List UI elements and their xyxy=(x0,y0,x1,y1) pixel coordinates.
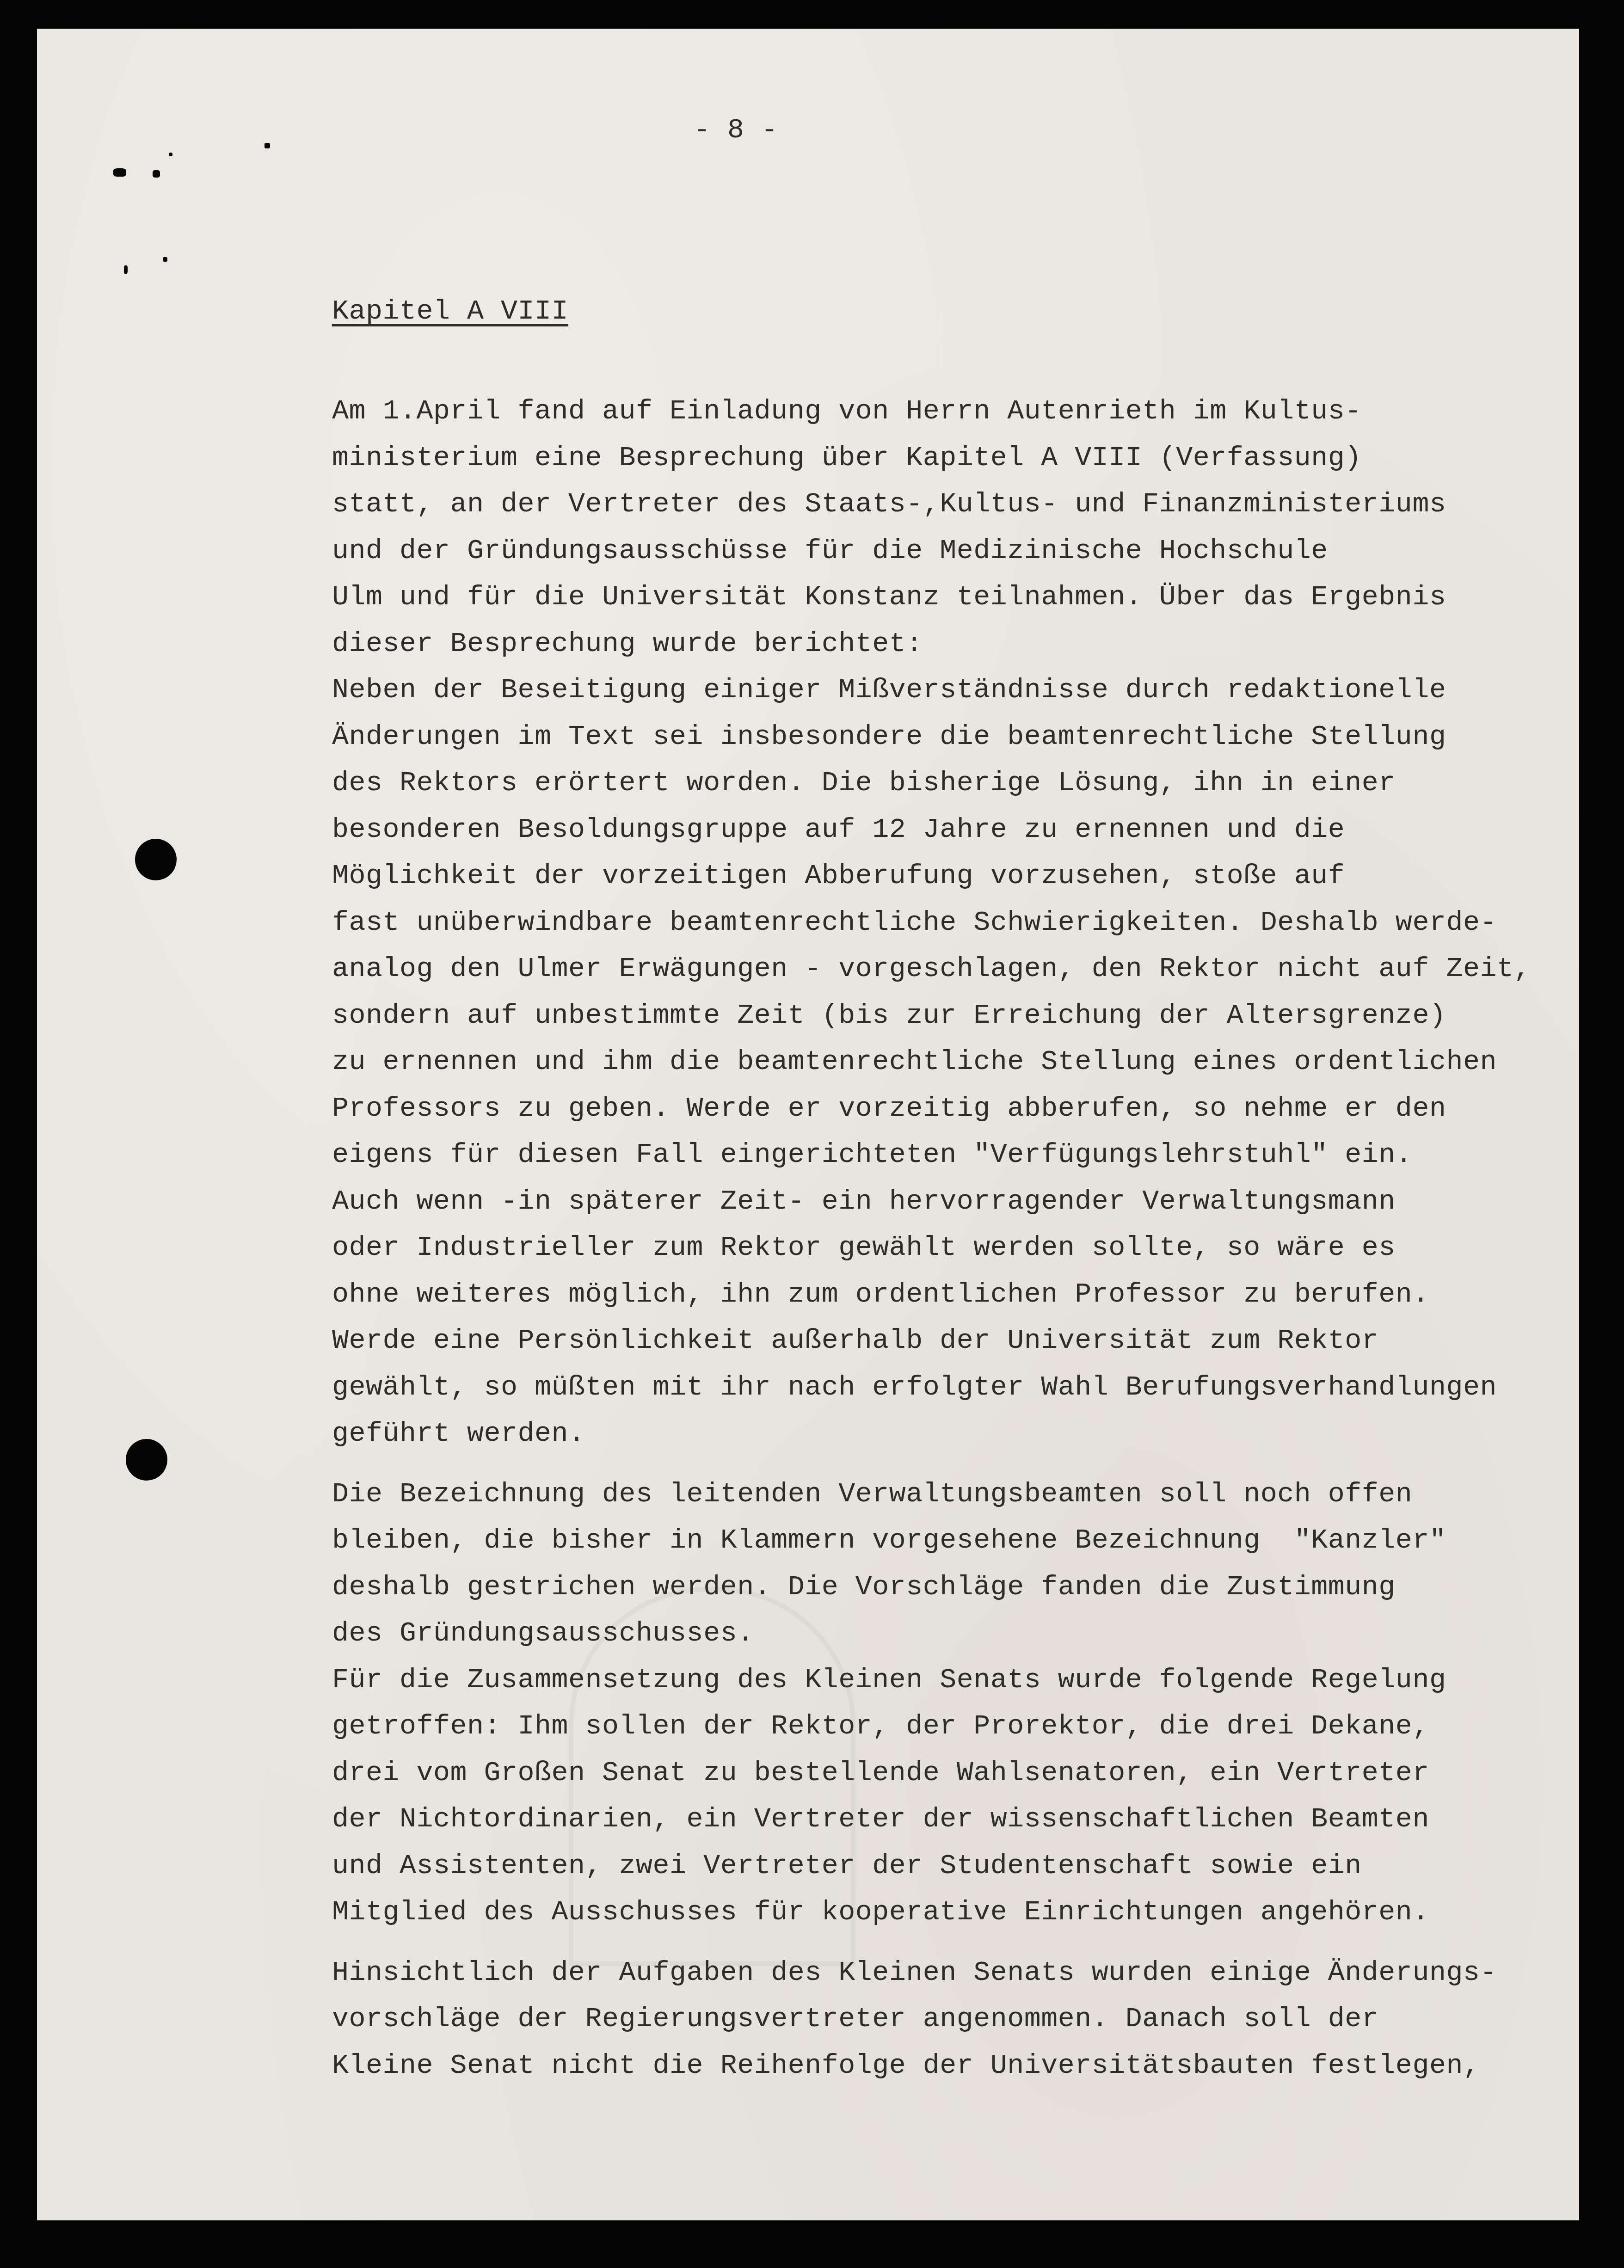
text-line: geführt werden. xyxy=(332,1411,1544,1457)
staple-hole xyxy=(113,168,126,177)
text-line: dieser Besprechung wurde berichtet: xyxy=(332,621,1544,668)
paragraph-senate-tasks: Hinsichtlich der Aufgaben des Kleinen Se… xyxy=(332,1950,1544,2090)
text-line: zu ernennen und ihm die beamtenrechtlich… xyxy=(332,1039,1544,1086)
text-line: Auch wenn -in späterer Zeit- ein hervorr… xyxy=(332,1179,1544,1225)
text-line: Neben der Beseitigung einiger Mißverstän… xyxy=(332,667,1544,714)
text-line: der Nichtordinarien, ein Vertreter der w… xyxy=(332,1796,1544,1843)
staple-hole xyxy=(169,153,172,156)
punch-hole xyxy=(126,1439,167,1481)
text-line: oder Industrieller zum Rektor gewählt we… xyxy=(332,1225,1544,1272)
text-line: ohne weiteres möglich, ihn zum ordentlic… xyxy=(332,1272,1544,1318)
text-line: gewählt, so müßten mit ihr nach erfolgte… xyxy=(332,1364,1544,1411)
text-line: und der Gründungsausschüsse für die Medi… xyxy=(332,528,1544,575)
text-line: eigens für diesen Fall eingerichteten "V… xyxy=(332,1132,1544,1179)
text-line: statt, an der Vertreter des Staats-,Kult… xyxy=(332,481,1544,528)
text-line: Änderungen im Text sei insbesondere die … xyxy=(332,714,1544,761)
text-line: des Rektors erörtert worden. Die bisheri… xyxy=(332,760,1544,807)
text-line: Werde eine Persönlichkeit außerhalb der … xyxy=(332,1318,1544,1364)
text-line: Für die Zusammensetzung des Kleinen Sena… xyxy=(332,1657,1544,1704)
staple-hole xyxy=(265,143,270,148)
text-line: deshalb gestrichen werden. Die Vorschläg… xyxy=(332,1564,1544,1611)
body-text: Am 1.April fand auf Einladung von Herrn … xyxy=(332,388,1544,2089)
page-number: - 8 - xyxy=(694,115,778,146)
staple-hole xyxy=(153,170,160,178)
text-line: bleiben, die bisher in Klammern vorgeseh… xyxy=(332,1518,1544,1564)
chapter-heading: Kapitel A VIII xyxy=(332,296,568,327)
text-line: drei vom Großen Senat zu bestellende Wah… xyxy=(332,1750,1544,1797)
text-line: Möglichkeit der vorzeitigen Abberufung v… xyxy=(332,853,1544,900)
text-line: Hinsichtlich der Aufgaben des Kleinen Se… xyxy=(332,1950,1544,1997)
paragraph-administration-senate: Die Bezeichnung des leitenden Verwaltung… xyxy=(332,1471,1544,1936)
text-line: Die Bezeichnung des leitenden Verwaltung… xyxy=(332,1471,1544,1518)
text-line: sondern auf unbestimmte Zeit (bis zur Er… xyxy=(332,993,1544,1039)
text-line: Ulm und für die Universität Konstanz tei… xyxy=(332,574,1544,621)
paragraph-meeting-report: Am 1.April fand auf Einladung von Herrn … xyxy=(332,388,1544,1457)
text-line: und Assistenten, zwei Vertreter der Stud… xyxy=(332,1843,1544,1890)
text-line: getroffen: Ihm sollen der Rektor, der Pr… xyxy=(332,1703,1544,1750)
text-line: Mitglied des Ausschusses für kooperative… xyxy=(332,1889,1544,1936)
text-line: analog den Ulmer Erwägungen - vorgeschla… xyxy=(332,946,1544,993)
text-line: besonderen Besoldungsgruppe auf 12 Jahre… xyxy=(332,807,1544,854)
staple-hole xyxy=(124,265,128,274)
text-line: fast unüberwindbare beamtenrechtliche Sc… xyxy=(332,900,1544,947)
staple-hole xyxy=(163,257,167,262)
text-line: Kleine Senat nicht die Reihenfolge der U… xyxy=(332,2043,1544,2090)
text-line: Am 1.April fand auf Einladung von Herrn … xyxy=(332,388,1544,435)
text-line: ministerium eine Besprechung über Kapite… xyxy=(332,435,1544,482)
text-line: vorschläge der Regierungsvertreter angen… xyxy=(332,1996,1544,2043)
text-line: des Gründungsausschusses. xyxy=(332,1610,1544,1657)
punch-hole xyxy=(135,839,177,880)
text-line: Professors zu geben. Werde er vorzeitig … xyxy=(332,1086,1544,1132)
